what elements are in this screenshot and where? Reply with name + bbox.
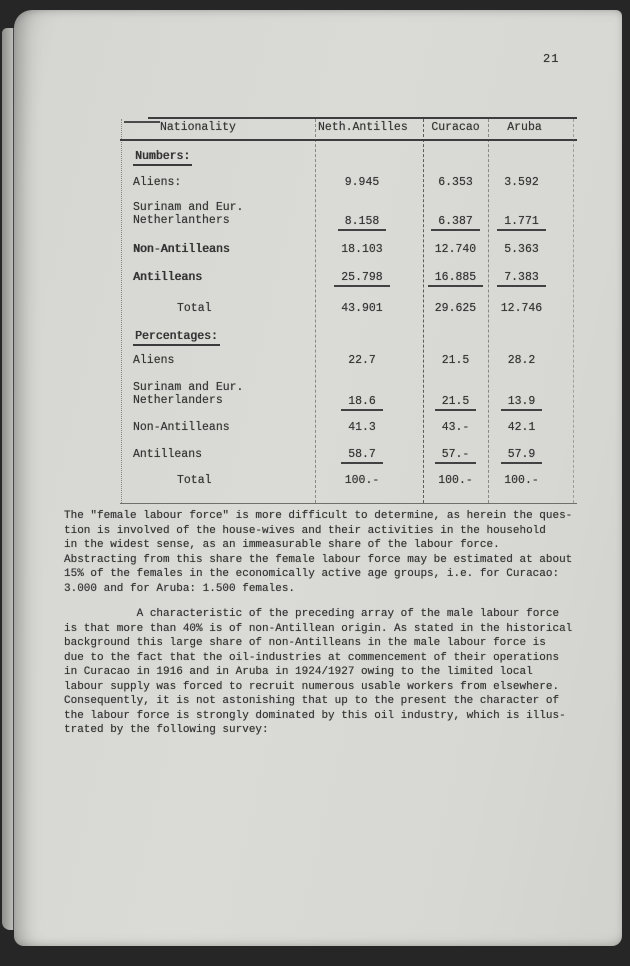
column-header: Neth.Antilles <box>315 121 423 139</box>
cell-value: 25.798 <box>315 271 423 291</box>
table-row: Surinam and Eur.Netherlanthers 8.158 6.3… <box>120 201 575 235</box>
table-bottom-border <box>120 503 577 504</box>
column-header: Curacao <box>423 121 488 139</box>
cell-value: 43.901 <box>315 302 423 322</box>
cell-value: 29.625 <box>423 302 488 322</box>
cell-value: 6.387 <box>423 201 488 235</box>
cell-value: 28.2 <box>488 354 575 374</box>
cell-value: 100.- <box>315 474 423 494</box>
cell-value: 7.383 <box>488 271 575 291</box>
cell-value: 8.158 <box>315 201 423 235</box>
table-header-row: Nationality Neth.Antilles Curacao Aruba <box>120 121 575 139</box>
column-header: Nationality <box>120 121 315 139</box>
table-row: Surinam and Eur.Netherlanders 18.6 21.5 … <box>120 381 575 415</box>
row-label: Aliens: <box>120 176 315 196</box>
table-row: Non-Antilleans 18.103 12.740 5.363 <box>120 243 575 263</box>
table-row: Aliens 22.7 21.5 28.2 <box>120 354 575 374</box>
section-label: Numbers: <box>120 150 315 170</box>
row-label: Surinam and Eur.Netherlanthers <box>120 201 315 235</box>
table-top-border <box>148 117 577 119</box>
row-label: Antilleans <box>120 271 315 291</box>
scanned-book-page: 21 Nationality Neth.Antilles Curacao Aru… <box>0 0 630 966</box>
table-row: Total 100.- 100.- 100.- <box>120 474 575 494</box>
cell-value: 1.771 <box>488 201 575 235</box>
cell-value: 21.5 <box>423 354 488 374</box>
document-page: 21 Nationality Neth.Antilles Curacao Aru… <box>14 10 622 946</box>
header-divider <box>120 139 577 141</box>
cell-value: 3.592 <box>488 176 575 196</box>
row-label: Non-Antilleans <box>120 243 315 263</box>
paragraph-female-labour-force: The "female labour force" is more diffic… <box>64 509 584 596</box>
column-header: Aruba <box>488 121 575 139</box>
cell-value: 18.6 <box>315 381 423 415</box>
cell-value: 9.945 <box>315 176 423 196</box>
cell-value: 18.103 <box>315 243 423 263</box>
cell-value: 12.746 <box>488 302 575 322</box>
table-row: Antilleans 58.7 57.- 57.9 <box>120 448 575 468</box>
cell-value: 58.7 <box>315 448 423 468</box>
cell-value: 42.1 <box>488 421 575 441</box>
table-row: Antilleans 25.798 16.885 7.383 <box>120 271 575 291</box>
cell-value: 43.- <box>423 421 488 441</box>
cell-value: 100.- <box>488 474 575 494</box>
row-label: Antilleans <box>120 448 315 468</box>
cell-value: 13.9 <box>488 381 575 415</box>
nationality-table: Nationality Neth.Antilles Curacao Aruba … <box>120 117 577 505</box>
row-label: Surinam and Eur.Netherlanders <box>120 381 315 415</box>
cell-value: 57.- <box>423 448 488 468</box>
table-row: Numbers: <box>120 150 575 170</box>
table-row: Non-Antilleans 41.3 43.- 42.1 <box>120 421 575 441</box>
cell-value: 100.- <box>423 474 488 494</box>
cell-value: 12.740 <box>423 243 488 263</box>
table-row: Percentages: <box>120 330 575 350</box>
table-row: Total 43.901 29.625 12.746 <box>120 302 575 322</box>
table-row: Aliens: 9.945 6.353 3.592 <box>120 176 575 196</box>
paragraph-male-labour-force: A characteristic of the preceding array … <box>64 607 584 738</box>
cell-value: 22.7 <box>315 354 423 374</box>
page-number: 21 <box>543 52 559 66</box>
cell-value: 16.885 <box>423 271 488 291</box>
cell-value: 5.363 <box>488 243 575 263</box>
cell-value: 6.353 <box>423 176 488 196</box>
row-label: Total <box>120 474 315 494</box>
cell-value: 21.5 <box>423 381 488 415</box>
cell-value: 57.9 <box>488 448 575 468</box>
cell-value: 41.3 <box>315 421 423 441</box>
row-label: Non-Antilleans <box>120 421 315 441</box>
row-label: Total <box>120 302 315 322</box>
section-label: Percentages: <box>120 330 315 350</box>
row-label: Aliens <box>120 354 315 374</box>
